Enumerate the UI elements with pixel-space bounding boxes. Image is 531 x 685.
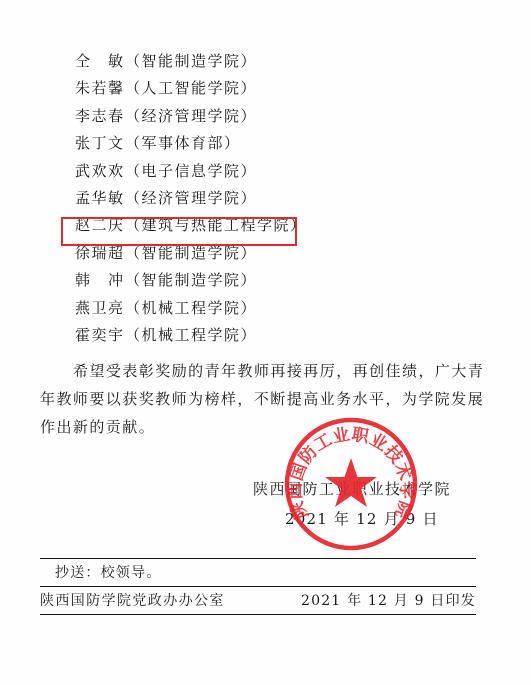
awardee-name: 孟华敏 <box>75 185 125 212</box>
awardee-dept: （机械工程学院） <box>125 295 257 322</box>
awardee-row: 朱若馨（人工智能学院） <box>75 75 307 102</box>
awardee-dept: （经济管理学院） <box>125 185 257 212</box>
awardee-row: 张丁文（军事体育部） <box>75 130 307 157</box>
signature-date: 2021 年 12 月 9 日 <box>285 508 439 529</box>
awardee-name: 李志春 <box>75 103 125 130</box>
awardee-dept: （经济管理学院） <box>125 103 257 130</box>
awardee-row: 仝 敏（智能制造学院） <box>75 48 307 75</box>
signature-institution: 陕西国防工业职业技术学院 <box>253 478 451 499</box>
divider-middle <box>40 586 476 587</box>
awardee-dept: （军事体育部） <box>125 130 241 157</box>
awardee-row: 韩 冲（智能制造学院） <box>75 267 307 294</box>
awardee-list: 仝 敏（智能制造学院） 朱若馨（人工智能学院） 李志春（经济管理学院） 张丁文（… <box>75 48 307 349</box>
awardee-name: 武欢欢 <box>75 158 125 185</box>
awardee-dept: （机械工程学院） <box>125 322 257 349</box>
divider-top <box>40 558 476 559</box>
awardee-dept: （人工智能学院） <box>125 75 257 102</box>
divider-bottom <box>40 614 476 615</box>
awardee-row: 李志春（经济管理学院） <box>75 103 307 130</box>
highlight-box <box>61 217 297 246</box>
awardee-row: 孟华敏（经济管理学院） <box>75 185 307 212</box>
issuing-office: 陕西国防学院党政办办公室 <box>40 590 225 610</box>
awardee-row: 霍奕宇（机械工程学院） <box>75 322 307 349</box>
awardee-name: 张丁文 <box>75 130 125 157</box>
awardee-dept: （智能制造学院） <box>125 48 257 75</box>
awardee-name: 霍奕宇 <box>75 322 125 349</box>
awardee-name: 朱若馨 <box>75 75 125 102</box>
awardee-dept: （电子信息学院） <box>125 158 257 185</box>
print-date: 2021 年 12 月 9 日印发 <box>301 590 476 610</box>
awardee-row: 武欢欢（电子信息学院） <box>75 158 307 185</box>
awardee-name: 燕卫亮 <box>75 295 125 322</box>
awardee-name: 仝 敏 <box>75 48 125 75</box>
awardee-row: 燕卫亮（机械工程学院） <box>75 295 307 322</box>
awardee-name: 韩 冲 <box>75 267 125 294</box>
document-page: 仝 敏（智能制造学院） 朱若馨（人工智能学院） 李志春（经济管理学院） 张丁文（… <box>0 0 531 685</box>
cc-line: 抄送：校领导。 <box>55 562 161 582</box>
closing-paragraph: 希望受表彰奖励的青年教师再接再厉，再创佳绩，广大青年教师要以获奖教师为榜样，不断… <box>40 357 495 441</box>
awardee-dept: （智能制造学院） <box>125 267 257 294</box>
